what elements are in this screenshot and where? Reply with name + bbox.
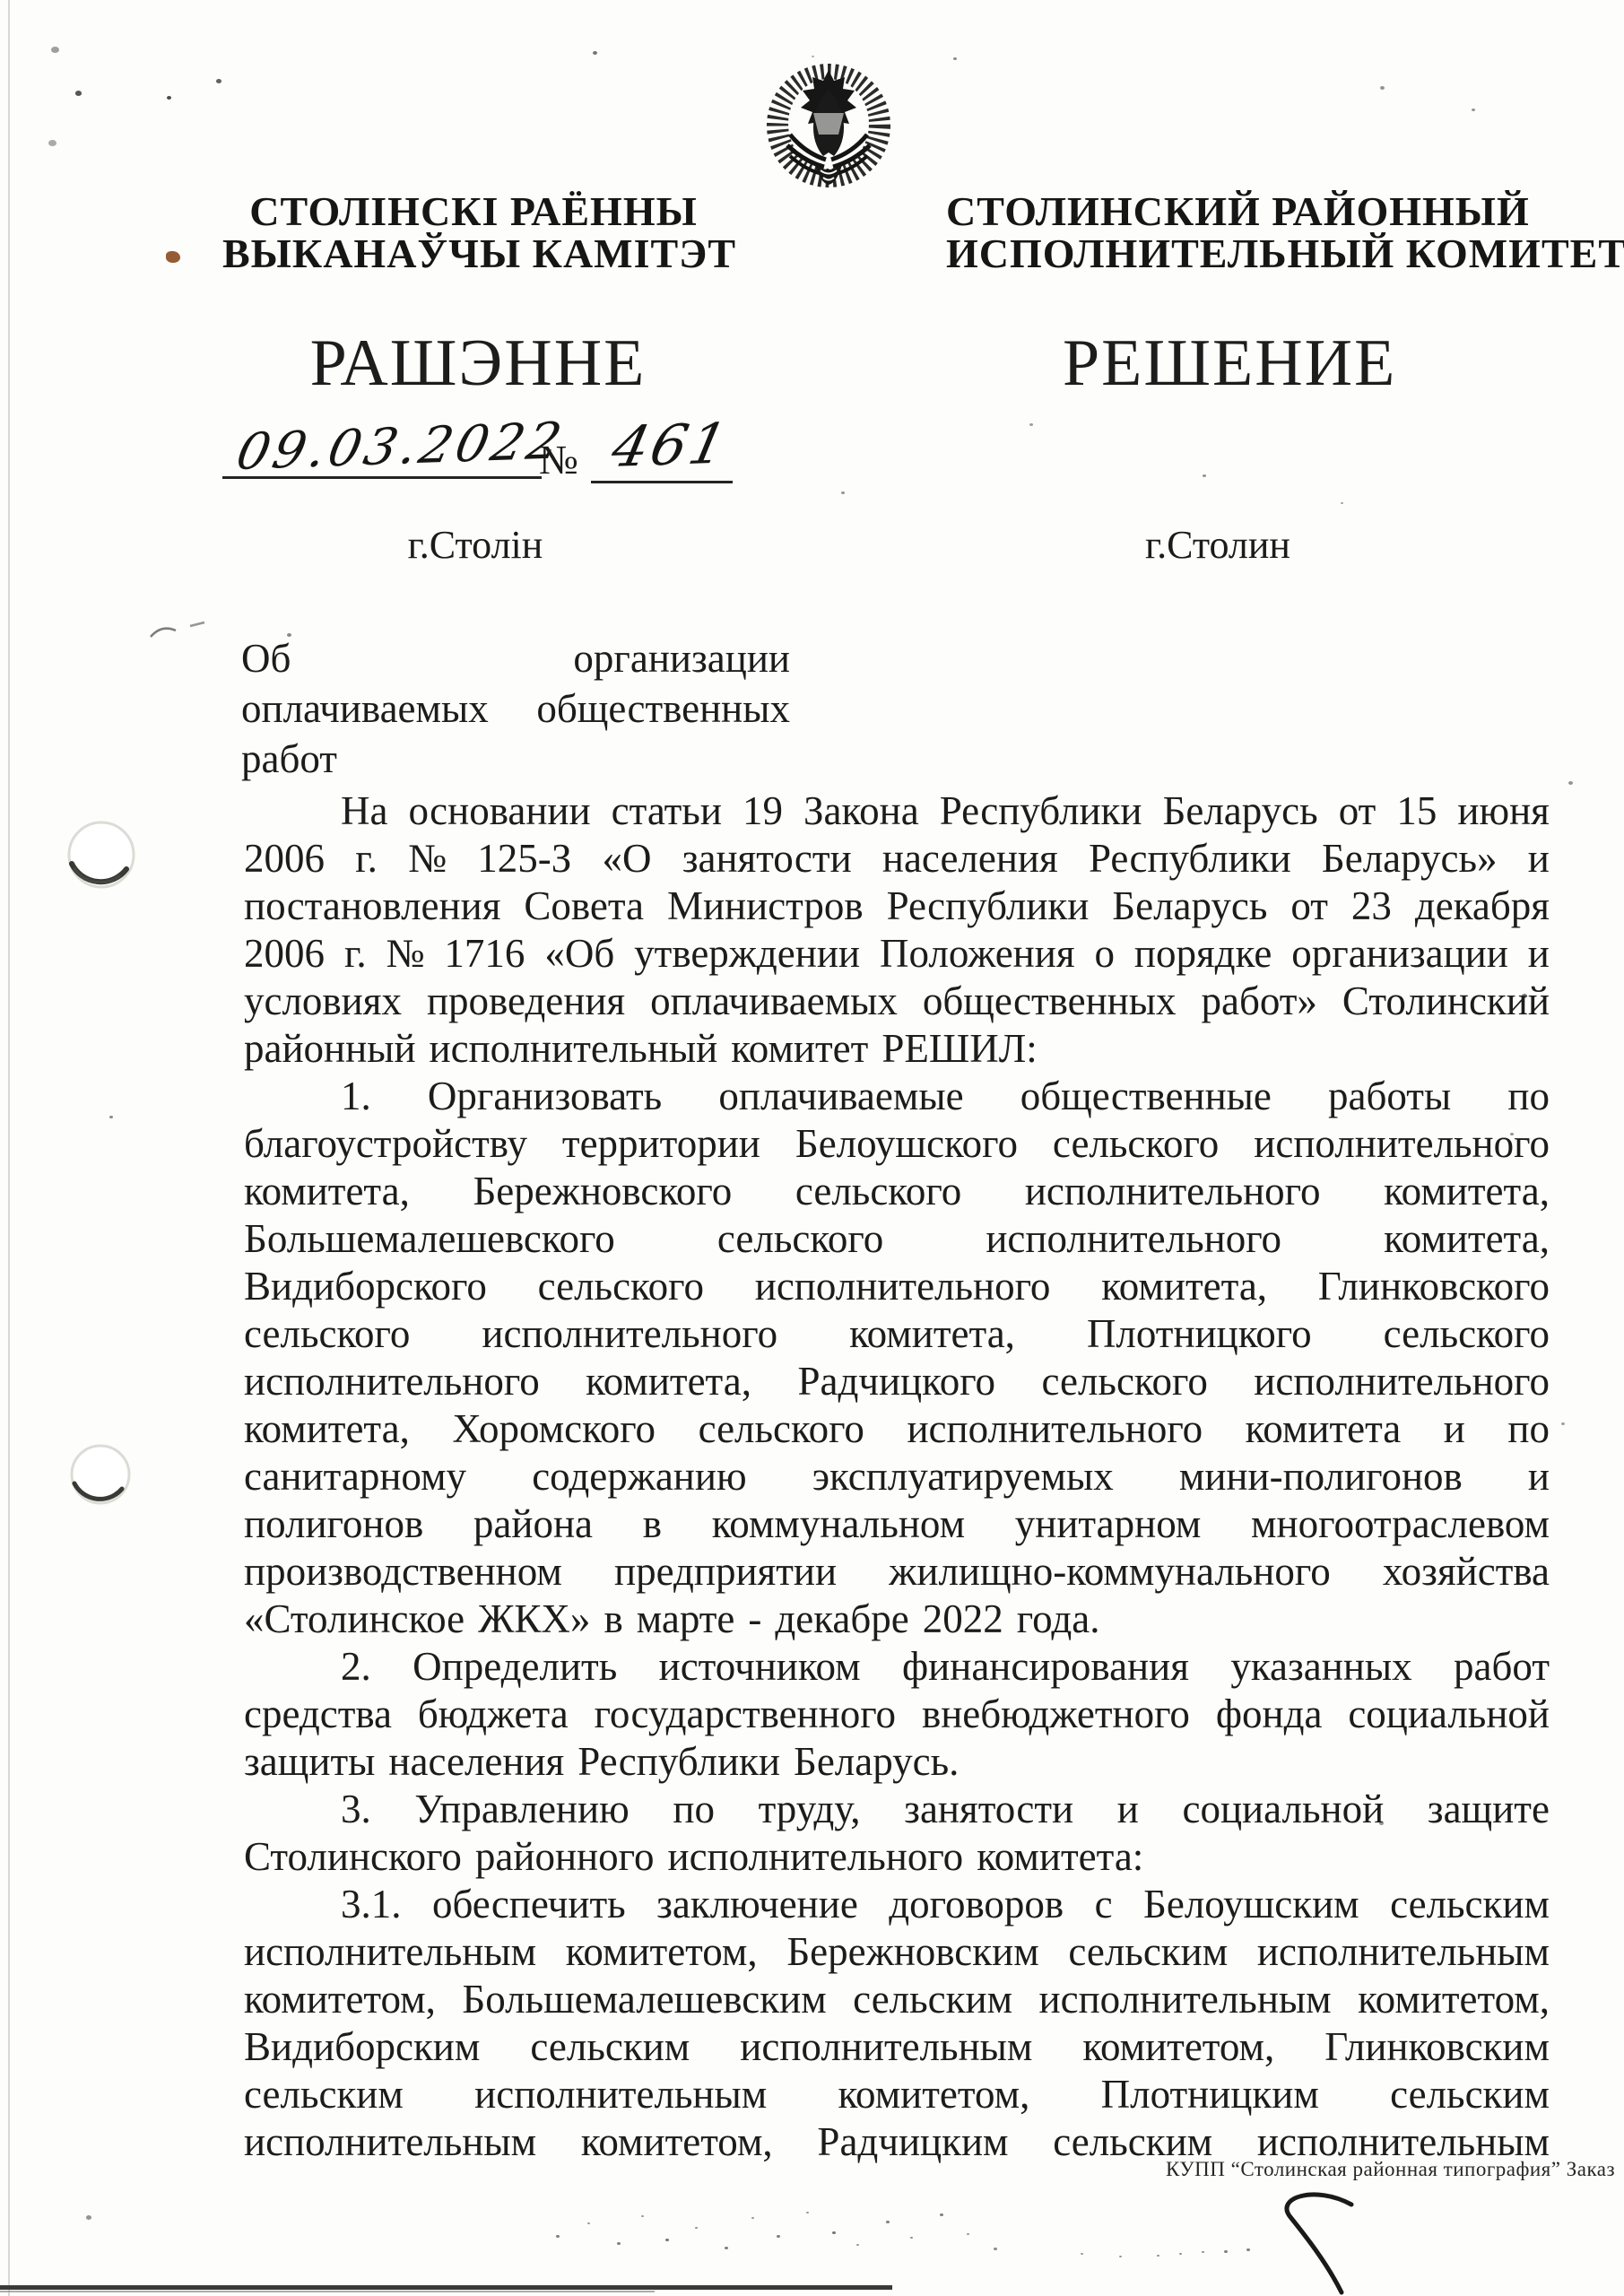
word: работ [241,735,337,782]
word: 125-З [477,835,571,882]
word: исполнительного [667,1833,963,1880]
word: фонда [1216,1691,1323,1737]
scan-speck [86,2215,91,2220]
scan-speck [1157,2255,1159,2257]
word: Радчицким [817,2118,1008,2165]
word: указанных [1230,1643,1411,1690]
word: исполнительным [474,2071,767,2118]
word: населения [388,1738,564,1785]
text-line: «СтолинскоеЖКХ»вмарте-декабре2022года. [244,1596,1550,1643]
word: Министров [667,883,864,929]
word: жилищно-коммунального [889,1548,1330,1595]
word: Определить [413,1643,617,1690]
paragraph-item-2: 2.Определитьисточникомфинансированияуказ… [244,1643,1550,1786]
org-name-right-line2: ИСПОЛНИТЕЛЬНЫЙ КОМИТЕТ [946,232,1511,274]
word: заключение [656,1881,858,1927]
doc-title-russian: РЕШЕНИЕ [1063,328,1394,398]
scan-speck [1341,502,1343,504]
word: № [408,835,447,882]
word: комитет [731,1025,868,1072]
word: многоотраслевом [1251,1500,1550,1547]
word: условиях [244,978,402,1024]
word: полигонов [244,1500,423,1547]
word: проведения [427,978,625,1024]
subject-block: Оборганизацииоплачиваемыхобщественныхраб… [241,635,790,786]
scan-speck [216,79,221,83]
text-line: Столинскогорайонногоисполнительногокомит… [244,1833,1550,1881]
word: обеспечить [432,1881,626,1927]
text-line: сельскимисполнительнымкомитетом,Плотницк… [244,2071,1550,2118]
word: защите [1428,1786,1550,1832]
word: Плотницким [1101,2071,1319,2118]
word: 1716 [444,930,525,977]
word: 3. [341,1786,371,1832]
scan-speck [841,491,845,494]
scan-speck [1568,781,1573,785]
paragraph-item-3-1: 3.1.обеспечитьзаключениедоговоровсБелоуш… [244,1881,1550,2166]
word: государственного [595,1691,896,1737]
word: по [1507,1073,1550,1119]
word: общественных [923,978,1177,1024]
word: года. [1017,1596,1100,1642]
scan-speck [886,2221,890,2223]
word: исполнительным [1257,1928,1550,1975]
word: по [1507,1405,1550,1452]
scan-speck [287,633,291,637]
scan-speck [812,56,814,57]
scan-speck [617,2242,621,2245]
word: сельского [1041,1358,1207,1405]
scan-stain [166,251,180,263]
document-body: Наоснованиистатьи19ЗаконаРеспубликиБелар… [244,787,1550,2166]
word: 19 [743,787,783,834]
word: Видиборского [244,1263,487,1309]
word: унитарном [1015,1500,1202,1547]
punch-hole [65,819,137,899]
org-name-right-line1: СТОЛИНСКИЙ РАЙОННЫЙ [946,190,1511,232]
word: исполнительным [244,1928,536,1975]
scan-speck [167,96,171,100]
coat-of-arms-icon [758,59,899,196]
paragraph-item-1: 1.Организоватьоплачиваемыеобщественныера… [244,1073,1550,1643]
scan-speck [967,2233,969,2235]
word: Об [241,635,291,682]
text-line: Оборганизации [241,635,790,685]
word: по [673,1786,715,1832]
word: сельского [717,1215,883,1262]
pen-mark [1251,2190,1385,2296]
scan-speck [593,51,597,55]
scan-speck [940,2213,943,2216]
word: сельским [530,2023,690,2070]
word: сельского [538,1263,704,1309]
scan-speck [1472,109,1475,111]
word: комитетом, [1082,2023,1274,2070]
word: комитетом, [581,2118,773,2165]
text-line: 1.Организоватьоплачиваемыеобщественныера… [244,1073,1550,1120]
word: комитета, [1384,1215,1550,1262]
word: мини-полигонов [1179,1453,1463,1500]
word: исполнительного [1025,1168,1321,1214]
word: декабре [775,1596,908,1642]
word: 1. [341,1073,371,1119]
word: 3.1. [341,1881,402,1927]
text-line: Видиборскимсельскимисполнительнымкомитет… [244,2023,1550,2071]
word: работ [1454,1643,1550,1690]
word: благоустройству [244,1120,527,1167]
word: Плотницкого [1087,1310,1312,1357]
text-line: производственномпредприятиижилищно-комму… [244,1548,1550,1596]
word: комитета, [1101,1263,1267,1309]
scan-speck [401,1760,405,1763]
word: комитета: [977,1833,1143,1880]
scan-speck [725,2247,728,2249]
word: Глинковского [1318,1263,1550,1309]
word: комитета, [244,1168,410,1214]
word: организации [573,635,790,682]
word: комитета, [1384,1168,1550,1214]
word: оплачиваемых [650,978,898,1024]
word: комитетом, [838,2071,1029,2118]
word: средства [244,1691,392,1737]
text-line: комитетом,Большемалешевскимсельскимиспол… [244,1976,1550,2023]
word: района [473,1500,593,1547]
text-line: условияхпроведенияоплачиваемыхобщественн… [244,978,1550,1025]
word: На [341,787,387,834]
word: - [748,1596,761,1642]
word: комитетом, [244,1976,436,2022]
word: статьи [612,787,722,834]
scan-speck [1224,2250,1228,2253]
scan-speck [1202,2251,1204,2253]
word: Совета [524,883,644,929]
word: сельского [244,1310,410,1357]
scan-edge-bottom [0,2285,892,2290]
word: июня [1457,787,1549,834]
text-line: 2006г.№125-З«ОзанятостинаселенияРеспубли… [244,835,1550,883]
org-name-right: СТОЛИНСКИЙ РАЙОННЫЙ ИСПОЛНИТЕЛЬНЫЙ КОМИТ… [946,190,1511,274]
text-line: 3.1.обеспечитьзаключениедоговоровсБелоуш… [244,1881,1550,1928]
word: работ» [1201,978,1316,1024]
scan-speck [51,47,59,53]
number-underline [591,481,733,483]
word: основании [409,787,591,834]
word: районного [475,1833,655,1880]
word: внебюджетного [922,1691,1190,1737]
word: комитета [1246,1405,1402,1452]
word: содержанию [532,1453,746,1500]
org-name-left-line1: СТОЛІНСКІ РАЁННЫ [222,190,725,232]
word: коммунальном [712,1500,965,1547]
word: в [643,1500,662,1547]
word: бюджета [418,1691,569,1737]
scan-speck [109,1116,113,1118]
scan-speck [751,2217,754,2219]
scan-speck [832,2231,836,2234]
word: исполнительного [482,1310,777,1357]
word: Бережновским [786,1928,1038,1975]
paragraph-preamble: Наоснованиистатьи19ЗаконаРеспубликиБелар… [244,787,1550,1073]
scan-speck [910,2237,913,2239]
word: Беларусь [1163,787,1318,834]
word: исполнительным [740,2023,1032,2070]
word: работы [1328,1073,1451,1119]
place-left: г.Столін [314,522,637,568]
place-right: г.Столин [1056,522,1379,568]
word: санитарному [244,1453,466,1500]
scanned-document-page: СТОЛІНСКІ РАЁННЫ ВЫКАНАЎЧЫ КАМІТЭТ СТОЛИ… [0,0,1624,2296]
word: Глинковским [1324,2023,1550,2070]
org-name-left: СТОЛІНСКІ РАЁННЫ ВЫКАНАЎЧЫ КАМІТЭТ [222,190,725,274]
scan-speck [777,2235,780,2238]
text-line: комитета,Бережновскогосельскогоисполните… [244,1168,1550,1215]
text-line: комитета,Хоромскогосельскогоисполнительн… [244,1405,1550,1453]
word: исполнительным [1039,1976,1332,2022]
text-line: Видиборскогосельскогоисполнительногокоми… [244,1263,1550,1310]
word: Республики [887,883,1090,929]
scan-edge-left [8,0,10,2296]
word: исполнительного [986,1215,1281,1262]
word: сельским [1390,1881,1550,1927]
word: комитетом, [1358,1976,1550,2022]
word: Хоромского [452,1405,656,1452]
scan-speck [1380,86,1385,90]
word: оплачиваемые [718,1073,963,1119]
word: с [1095,1881,1113,1927]
word: хозяйства [1383,1548,1550,1595]
word: Белоушским [1143,1881,1359,1927]
word: общественные [1020,1073,1272,1119]
word: защиты [244,1738,375,1785]
word: исполнительного [907,1405,1203,1452]
scan-speck [1203,474,1206,477]
pencil-mark [149,619,217,647]
word: сельским [1068,1928,1228,1975]
word: исполнительного [1254,1120,1550,1167]
word: и [1528,1453,1550,1500]
text-line: 2.Определитьисточникомфинансированияуказ… [244,1643,1550,1691]
word: «Об [544,930,614,977]
text-line: защитынаселенияРеспубликиБеларусь. [244,1738,1550,1786]
word: сельского [699,1405,864,1452]
word: № [386,930,425,977]
word: Бережновского [473,1168,732,1214]
word: социальной [1183,1786,1385,1832]
scan-speck [1522,994,1527,998]
number-handwritten: 461 [606,411,735,480]
scan-speck [1119,2256,1122,2257]
word: 23 [1351,883,1392,929]
word: производственном [244,1548,562,1595]
word: Организовать [428,1073,662,1119]
word: от [1290,883,1328,929]
word: комитета, [586,1358,751,1405]
word: исполнительный [430,1025,718,1072]
word: о [1094,930,1115,977]
word: сельского [1053,1120,1219,1167]
text-line: санитарномусодержаниюэксплуатируемыхмини… [244,1453,1550,1500]
scan-speck [1561,1422,1565,1425]
word: исполнительного [244,1358,540,1405]
text-line: районныйисполнительныйкомитетРЕШИЛ: [244,1025,1550,1073]
number-sign: № [539,436,578,483]
scan-speck [1029,423,1033,426]
word: РЕШИЛ: [881,1025,1037,1072]
word: источником [659,1643,861,1690]
word: занятости [904,1786,1073,1832]
word: и [1117,1786,1139,1832]
word: комитета, [849,1310,1015,1357]
word: 2006 [244,835,325,882]
word: ЖКХ» [478,1596,590,1642]
word: эксплуатируемых [812,1453,1114,1500]
word: Закона [803,787,919,834]
doc-title-belarusian: РАШЭННЕ [308,328,648,398]
scan-speck [665,2239,669,2241]
word: «О [602,835,651,882]
word: Видиборским [244,2023,480,2070]
word: Республики [578,1738,780,1785]
word: Беларусь. [794,1738,959,1785]
word: 2022 [923,1596,1003,1642]
scan-speck [1081,2253,1083,2255]
word: сельского [1384,1310,1550,1357]
word: сельским [1390,2071,1550,2118]
word: Столинский [1342,978,1550,1024]
word: Беларусь [1112,883,1267,929]
org-name-left-line2: ВЫКАНАЎЧЫ КАМІТЭТ [222,232,725,274]
scan-speck [587,2222,590,2224]
word: в [604,1596,622,1642]
text-line: сельскогоисполнительногокомитета,Плотниц… [244,1310,1550,1358]
text-line: работ [241,735,790,786]
scan-speck [994,2248,997,2250]
text-line: оплачиваемыхобщественных [241,685,790,735]
text-line: средствабюджетагосударственноговнебюджет… [244,1691,1550,1738]
word: «Столинское [244,1596,465,1642]
word: договоров [889,1881,1064,1927]
word: населения [882,835,1058,882]
scan-edge-bottom-faint [0,2291,655,2292]
word: Большемалешевского [244,1215,615,1262]
word: Беларусь» [1322,835,1498,882]
text-line: 2006г.№1716«ОбутвержденииПоложенияопоряд… [244,930,1550,978]
word: сельским [244,2071,404,2118]
word: и [1528,835,1550,882]
text-line: 3.Управлениюпотруду,занятостиисоциальной… [244,1786,1550,1833]
word: территории [562,1120,760,1167]
word: финансирования [902,1643,1189,1690]
word: от [1339,787,1376,834]
text-line: благоустройствутерриторииБелоушскогосель… [244,1120,1550,1168]
word: исполнительным [244,2118,536,2165]
word: предприятии [614,1548,837,1595]
imprint-text: КУПП “Столинская районная типография” За… [1166,2158,1615,2181]
word: Республики [940,787,1142,834]
text-line: полигоноврайонавкоммунальномунитарноммно… [244,1500,1550,1548]
punch-hole [68,1442,133,1515]
scan-speck [1179,2253,1182,2255]
text-line: исполнительногокомитета,Радчицкогосельск… [244,1358,1550,1405]
paragraph-item-3: 3.Управлениюпотруду,занятостиисоциальной… [244,1786,1550,1881]
word: труду, [759,1786,861,1832]
word: утверждении [634,930,860,977]
word: сельского [795,1168,961,1214]
word: Белоушского [795,1120,1018,1167]
word: районный [244,1025,416,1072]
scan-speck [75,91,82,96]
word: Управлению [414,1786,629,1832]
scan-speck [806,2212,809,2213]
word: социальной [1348,1691,1550,1737]
word: Столинского [244,1833,462,1880]
word: Радчицкого [797,1358,995,1405]
word: и [1444,1405,1465,1452]
scan-speck [556,2235,560,2238]
word: исполнительного [755,1263,1051,1309]
word: сельским [853,1976,1012,2022]
scan-speck [695,2227,698,2229]
scan-speck [1246,2248,1250,2251]
word: Республики [1089,835,1291,882]
word: исполнительного [1254,1358,1550,1405]
word: общественных [536,685,790,732]
text-line: Большемалешевскогосельскогоисполнительно… [244,1215,1550,1263]
word: марте [637,1596,735,1642]
word: и [1528,930,1550,977]
text-line: Наоснованиистатьи19ЗаконаРеспубликиБелар… [244,787,1550,835]
word: декабря [1415,883,1550,929]
scan-speck [48,140,56,146]
date-handwritten: 09.03.2022 [231,412,569,482]
date-underline [222,476,542,479]
scan-speck [641,2215,644,2217]
word: занятости [682,835,852,882]
word: г. [355,835,378,882]
word: 15 [1396,787,1437,834]
word: комитета, [244,1405,410,1452]
word: Большемалешевским [462,1976,826,2022]
scan-speck [1379,1822,1384,1825]
word: постановления [244,883,500,929]
word: 2006 [244,930,325,977]
word: оплачиваемых [241,685,489,732]
word: 2. [341,1643,371,1690]
word: порядке [1134,930,1272,977]
text-line: исполнительнымкомитетом,Бережновскимсель… [244,1928,1550,1976]
text-line: постановленияСоветаМинистровРеспубликиБе… [244,883,1550,930]
word: организации [1291,930,1508,977]
scan-speck [953,57,957,60]
word: г. [344,930,367,977]
word: комитетом, [566,1928,758,1975]
scan-speck [856,2244,859,2246]
word: Положения [880,930,1075,977]
